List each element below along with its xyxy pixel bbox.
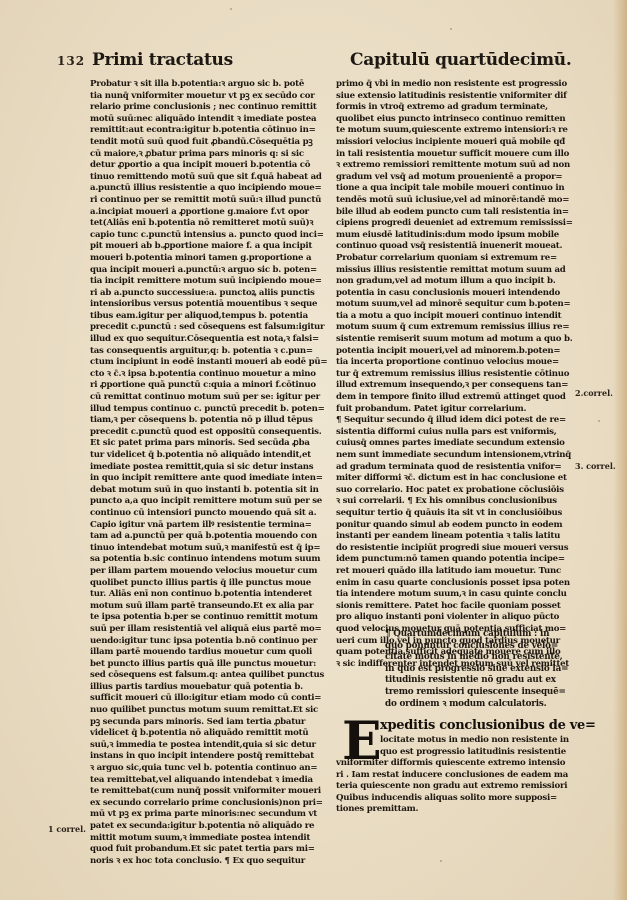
text-line: potentia incipit moueri,vel ad minorem.b… bbox=[336, 346, 576, 358]
text-line: tinuo intendebat motum suū,ꝛ manifestū e… bbox=[90, 543, 330, 555]
text-line: puncto a,a quo incipit remittere motum s… bbox=[90, 496, 330, 508]
text-line: fuit probandum. Patet igitur correlarium… bbox=[336, 404, 576, 416]
text-line: tur videlicet q̄ b.potentia nō aliquādo … bbox=[90, 450, 330, 462]
text-line: moueri b.potentia minori tamen g.proport… bbox=[90, 253, 330, 265]
text-line: tet(Aliās enī b.potentia nō remitteret m… bbox=[90, 218, 330, 230]
text-line: continuo quoad vsq̄ resistentiā inueneri… bbox=[336, 241, 576, 253]
text-line: Et sic patet prima pars minoris. Sed sec… bbox=[90, 438, 330, 450]
text-line: instanti per eandem lineam potentia ꝛ ta… bbox=[336, 531, 576, 543]
text-line: suū,ꝛ immedia te postea intendit,quia si… bbox=[90, 740, 330, 752]
text-line: intensioribus versus potentiā mouentibus… bbox=[90, 299, 330, 311]
text-line: a.incipiat moueri a ꝓportione g.maiore f… bbox=[90, 207, 330, 219]
text-line: sufficit moueri cū illo:igitur etiam mod… bbox=[90, 693, 330, 705]
text-line: ¶ Quartumdecimum capitulum : in bbox=[385, 629, 585, 641]
opening-full-lines: vniformiter difformis quiescente extremo… bbox=[336, 758, 568, 816]
text-line: primo q̄ vbi in medio non resistente est… bbox=[336, 79, 576, 91]
text-line: motum suum,vel ad minorē sequitur cum b.… bbox=[336, 299, 576, 311]
text-line: motum suum q̄ cum extremum remissius ill… bbox=[336, 322, 576, 334]
text-line: tia nunq̄ vniformiter mouetur vt pꝫ ex s… bbox=[90, 91, 330, 103]
text-line: ri ab a.puncto successiue:a. punctoꝝ ali… bbox=[90, 288, 330, 300]
text-line: cto ꝛ c̄.ꝛ ipsa b.potentia continuo moue… bbox=[90, 369, 330, 381]
text-line: tia incerta proportione continuo velociu… bbox=[336, 357, 576, 369]
margin-note-correlary-3: 3. correl. bbox=[575, 461, 616, 471]
text-line: tas consequentis arguitur,q: b. potentia… bbox=[90, 346, 330, 358]
text-line: tendēs motū suū iclusiue,vel ad minorē:t… bbox=[336, 195, 576, 207]
text-line: quo ponuntur conclusiones de velo= bbox=[385, 641, 585, 653]
text-line: sionis remittere. Patet hoc facile quoni… bbox=[336, 601, 576, 613]
text-line: ꝛ sui correlarii. ¶ Ex his omnibus concl… bbox=[336, 496, 576, 508]
text-line: continuo cū intensiori puncto mouendo qu… bbox=[90, 508, 330, 520]
text-line: bile illud ab eodem puncto cum tali resi… bbox=[336, 207, 576, 219]
text-line: dem in tempore finito illud extremū atti… bbox=[336, 392, 576, 404]
text-line: detur ꝓportio a qua incipit moueri b.pot… bbox=[90, 160, 330, 172]
text-line: tea remittebat,vel aliquando intendebat … bbox=[90, 775, 330, 787]
text-line: missius illius resistentie remittat motu… bbox=[336, 265, 576, 277]
paper-speck bbox=[450, 28, 452, 30]
text-line: per illam partem mouendo velocius mouetu… bbox=[90, 566, 330, 578]
text-line: quolibet eius puncto intrinseco continuo… bbox=[336, 114, 576, 126]
text-line: noris ꝛ ex hoc tota conclusio. ¶ Ex quo … bbox=[90, 856, 330, 868]
text-line: illud ex quo sequitur.Cōsequentia est no… bbox=[90, 334, 330, 346]
paper-speck bbox=[440, 860, 442, 862]
text-line: instans in quo incipit intendere postq̄ … bbox=[90, 751, 330, 763]
text-line: ri ꝓportione quā punctū c:quia a minori … bbox=[90, 380, 330, 392]
text-line: pꝫ secunda pars minoris. Sed iam tertia … bbox=[90, 717, 330, 729]
text-line: tiones premittam. bbox=[336, 804, 568, 816]
text-line: motum suū illam partē transeundo.Et ex a… bbox=[90, 601, 330, 613]
text-line: ponitur quando simul ab eodem puncto in … bbox=[336, 520, 576, 532]
text-line: qua incipit moueri a.punctū:ꝛ arguo sic … bbox=[90, 265, 330, 277]
text-line: vniformiter difformis quiescente extremo… bbox=[336, 758, 568, 770]
text-line: sistentia difformi cuius nulla pars est … bbox=[336, 427, 576, 439]
text-line: nuo quilibet punctus motum suum remittat… bbox=[90, 705, 330, 717]
text-line: ri continuo per se remittit motū suū:ꝛ i… bbox=[90, 195, 330, 207]
text-line: sistentie remiserit suum motum ad motum … bbox=[336, 334, 576, 346]
text-line: mittit motum suum,ꝛ immediate postea int… bbox=[90, 833, 330, 845]
margin-note-correlary-2: 2.correl. bbox=[575, 388, 613, 398]
text-line: ¶ Sequitur secundo q̄ illud idem dici po… bbox=[336, 415, 576, 427]
text-line: capio tunc c.punctū intensius a. puncto … bbox=[90, 230, 330, 242]
text-line: precedit c.punctū quod est oppositū cons… bbox=[90, 427, 330, 439]
right-text-column: primo q̄ vbi in medio non resistente est… bbox=[336, 79, 576, 670]
text-line: remittit:aut econtra:igitur b.potentia c… bbox=[90, 125, 330, 137]
text-line: tiam,ꝛ per cōsequens b. potentia nō p il… bbox=[90, 415, 330, 427]
text-line: illius partis tardius mouebatur quā pote… bbox=[90, 682, 330, 694]
page-number: 132 bbox=[57, 54, 85, 68]
text-line: do resistentie incipiūt progredi siue mo… bbox=[336, 543, 576, 555]
text-line: teria quiescente non gradu aut extremo r… bbox=[336, 781, 568, 793]
text-line: quolibet puncto illius partis q̄ ille pu… bbox=[90, 578, 330, 590]
text-line: tia intendere motum suum,ꝛ in casu quint… bbox=[336, 589, 576, 601]
book-page: 132 Primi tractatus Capitulū quartūdecim… bbox=[0, 0, 627, 900]
text-line: formis in vtroq̄ extremo ad gradum termi… bbox=[336, 102, 576, 114]
text-line: patet ex secunda:igitur b.potentia nō al… bbox=[90, 821, 330, 833]
text-line: titudinis resistentie nō gradu aut ex bbox=[385, 675, 585, 687]
text-line: Probatur ꝛ sit illa b.potentia:ꝛ arguo s… bbox=[90, 79, 330, 91]
text-line: Capio igitur vnā partem illꝰ resistentie… bbox=[90, 520, 330, 532]
text-line: Probatur correlarium quoniam si extremum… bbox=[336, 253, 576, 265]
text-line: mum eiusdē latitudinis:dum modo ipsum mo… bbox=[336, 230, 576, 242]
text-line: miter difformi ꝛc̄. dictum est in hac co… bbox=[336, 473, 576, 485]
text-line: enim in casu quarte conclusionis posset … bbox=[336, 578, 576, 590]
text-line: tia a motu a quo incipit moueri continuo… bbox=[336, 311, 576, 323]
text-line: tremo remissiori quiescente insequē= bbox=[385, 687, 585, 699]
margin-note-correlary-1: 1 correl. bbox=[48, 824, 86, 834]
text-line: quo est progressio latitudinis resistent… bbox=[380, 747, 569, 759]
text-line: tur q̄ extremum remissius illius resiste… bbox=[336, 369, 576, 381]
text-line: locitate motus in medio non resistente i… bbox=[380, 735, 569, 747]
text-line: pit moueri ab b.ꝓportione maiore f. a qu… bbox=[90, 241, 330, 253]
text-line: tibus eam.igitur per aliquod,tempus b. p… bbox=[90, 311, 330, 323]
chapter-heading: ¶ Quartumdecimum capitulum : inquo ponun… bbox=[385, 629, 585, 710]
text-line: sa potentia b.sic continuo intendens mot… bbox=[90, 554, 330, 566]
text-line: tendit motū suū quod fuit ꝓbandū.Cōsequē… bbox=[90, 137, 330, 149]
text-line: precedit c.punctū : sed cōsequens est fa… bbox=[90, 322, 330, 334]
text-line: ꝛ arguo sic,quia tunc vel b. potentia co… bbox=[90, 763, 330, 775]
text-line: ex secundo correlario prime conclusionis… bbox=[90, 798, 330, 810]
text-line: ctum incipiunt in eodē instanti moueri a… bbox=[90, 357, 330, 369]
text-line: ꝛ extremo remissiori remittente motum su… bbox=[336, 160, 576, 172]
text-line: pro aliquo instanti poni violenter in al… bbox=[336, 612, 576, 624]
text-line: in quo incipit remittere ante quod imedi… bbox=[90, 473, 330, 485]
text-line: bet puncto illius partis quā ille punctu… bbox=[90, 659, 330, 671]
text-line: cuiusq̄ omnes partes imediate secundum e… bbox=[336, 438, 576, 450]
text-line: motū suū:nec aliquādo intendit ꝛ imediat… bbox=[90, 114, 330, 126]
opening-indented-lines: locitate motus in medio non resistente i… bbox=[380, 735, 569, 758]
text-line: ret moueri quādo illa latitudo iam mouet… bbox=[336, 566, 576, 578]
text-line: gradum vel vsq̄ ad motum prouenientē a p… bbox=[336, 172, 576, 184]
text-line: ad gradum terminata quod de resistentia … bbox=[336, 462, 576, 474]
text-line: illud extremum insequendo,ꝛ per conseque… bbox=[336, 380, 576, 392]
text-line: relario prime conclusionis ; nec continu… bbox=[90, 102, 330, 114]
paper-speck bbox=[230, 8, 232, 10]
text-line: te remittebat(cum nunq̄ possit vniformit… bbox=[90, 786, 330, 798]
text-line: uendo:igitur tunc ipsa potentia b.nō con… bbox=[90, 636, 330, 648]
text-line: suo correlario. Hoc patet ex probatione … bbox=[336, 485, 576, 497]
text-line: cipiens progredi deueniet ad extremum re… bbox=[336, 218, 576, 230]
text-line: non gradum,vel ad motum illum a quo inci… bbox=[336, 276, 576, 288]
text-line: illud tempus continuo c. punctū precedit… bbox=[90, 404, 330, 416]
text-line: imediate postea remittit,quia si sic det… bbox=[90, 462, 330, 474]
text-line: debat motum suū in quo instanti b. poten… bbox=[90, 485, 330, 497]
text-line: siue extensio latitudinis resistentie vn… bbox=[336, 91, 576, 103]
text-line: do ordinem ꝛ modum calculatoris. bbox=[385, 699, 585, 711]
opening-line: xpeditis conclusionibus de ve= bbox=[380, 718, 596, 733]
text-line: idem punctum:nō tamen quando potentia in… bbox=[336, 554, 576, 566]
text-line: mū vt pꝫ ex prima parte minoris:nec secu… bbox=[90, 809, 330, 821]
text-line: tione a qua incipit tale mobile moueri c… bbox=[336, 183, 576, 195]
text-line: suū per illam resistentiā vel aliquā eiu… bbox=[90, 624, 330, 636]
running-head-right: Capitulū quartūdecimū. bbox=[350, 50, 571, 70]
text-line: illam partē mouendo tardius mouetur cum … bbox=[90, 647, 330, 659]
text-line: tam ad a.punctū per quā b.potentia mouen… bbox=[90, 531, 330, 543]
running-head-left: Primi tractatus bbox=[92, 50, 233, 70]
text-line: citate motus in medio non resistente, bbox=[385, 652, 585, 664]
text-line: missiori velocius incipiente moueri quā … bbox=[336, 137, 576, 149]
text-line: tia incipit remittere motum suū incipien… bbox=[90, 276, 330, 288]
text-line: quod fuit probandum.Et sic patet tertia … bbox=[90, 844, 330, 856]
text-line: cū maiore,ꝛ ꝓbatur prima pars minoris q:… bbox=[90, 149, 330, 161]
text-line: cū remittat continuo motum suū per se: i… bbox=[90, 392, 330, 404]
text-line: Quibus inducendis aliquas solito more su… bbox=[336, 793, 568, 805]
text-line: in quo est progressio siue extensio la= bbox=[385, 664, 585, 676]
text-line: tinuo remittendo motū suū que sit f.quā … bbox=[90, 172, 330, 184]
text-line: sequitur tertio q̄ quāuis ita sit vt in … bbox=[336, 508, 576, 520]
text-line: videlicet q̄ b.potentia nō aliquādo remi… bbox=[90, 728, 330, 740]
paper-speck bbox=[598, 420, 600, 422]
text-line: te motum suum,quiescente extremo intensi… bbox=[336, 125, 576, 137]
text-line: in tali resistentia mouetur sufficit mou… bbox=[336, 149, 576, 161]
text-line: tur. Aliās enī non continuo b.potentia i… bbox=[90, 589, 330, 601]
left-text-column: Probatur ꝛ sit illa b.potentia:ꝛ arguo s… bbox=[90, 79, 330, 867]
text-line: ri . Iam restat inducere conclusiones de… bbox=[336, 770, 568, 782]
text-line: potentia in casu conclusionis moueri int… bbox=[336, 288, 576, 300]
text-line: sed cōsequens est falsum.q: antea quilib… bbox=[90, 670, 330, 682]
text-line: a.punctū illius resistentie a quo incipi… bbox=[90, 183, 330, 195]
text-line: nem sunt immediate secundum intensionem,… bbox=[336, 450, 576, 462]
text-line: te ipsa potentia b.per se continuo remit… bbox=[90, 612, 330, 624]
